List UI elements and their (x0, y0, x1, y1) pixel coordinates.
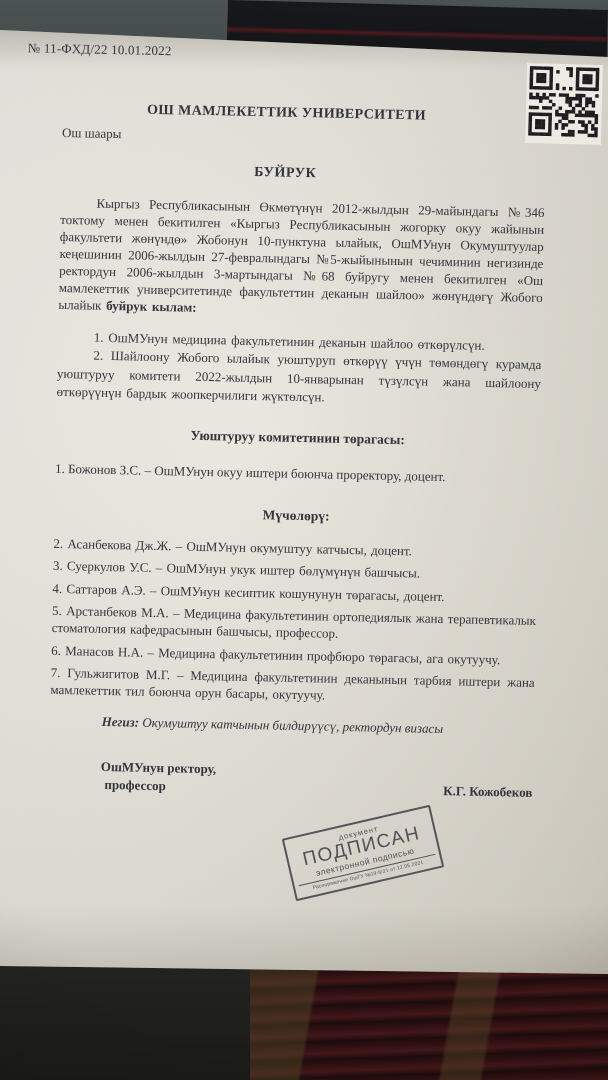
photo-of-document: № 11-ФХД/22 10.01.2022 ОШ МАМЛЕКЕТТИК УН… (0, 0, 608, 1080)
university-title: ОШ МАМЛЕКЕТТИК УНИВЕРСИТЕТИ (26, 99, 546, 128)
preamble-paragraph: Кыргыз Республикасынын Өкмөтүнүн 2012-жы… (58, 195, 544, 323)
member-entry: 5. Арстанбеков М.А. – Медицина факультет… (52, 602, 537, 646)
chairman-heading: Уюштуруу комитетинин төрагасы: (56, 423, 540, 451)
qr-code-icon (525, 63, 603, 145)
document-body: Кыргыз Республикасынын Өкмөтүнүн 2012-жы… (48, 195, 544, 803)
signer-position: ОшМУнун ректору, профессор (100, 758, 216, 796)
order-type-heading: БУЙРУК (25, 159, 545, 188)
member-entry: 7. Гульжигитов М.Г. – Медицина факультет… (50, 664, 535, 708)
signer-position-line2: профессор (100, 776, 216, 796)
striped-floor-bottom-right (250, 960, 608, 1080)
chairman-entry: 1. Божонов З.С. – ОшМУнун окуу иштери бо… (55, 460, 539, 487)
city-line: Ош шаары (62, 125, 546, 152)
electronic-signature-stamp: документ ПОДПИСАН электронной подписью Р… (282, 805, 445, 902)
order-item-2: 2. Шайлоону Жобого ылайык уюштуруп өткөр… (56, 346, 541, 412)
order-items: 1. ОшМУнун медицина факультетинин деканы… (56, 327, 541, 411)
basis-label: Негиз: (102, 714, 140, 730)
members-heading: Мүчөлөрү: (54, 502, 538, 530)
basis-line: Негиз: Окумуштуу катчынын билдирүүсү, ре… (50, 713, 534, 740)
members-list: 2. Асанбекова Дж.Ж. – ОшМУнун окумуштуу … (50, 534, 537, 708)
basis-text: Окумуштуу катчынын билдирүүсү, ректордун… (139, 715, 443, 736)
document-paper: № 11-ФХД/22 10.01.2022 ОШ МАМЛЕКЕТТИК УН… (0, 0, 608, 1080)
signature-block: ОшМУнун ректору, профессор К.Г. Кожобеко… (100, 758, 533, 803)
signer-position-line1: ОшМУнун ректору, (101, 758, 217, 778)
signer-name: К.Г. Кожобеков (443, 783, 533, 803)
order-document: № 11-ФХД/22 10.01.2022 ОШ МАМЛЕКЕТТИК УН… (0, 40, 608, 805)
preamble-text: Кыргыз Республикасынын Өкмөтүнүн 2012-жы… (58, 196, 544, 313)
preamble-bold-text: буйрук кылам: (106, 298, 197, 315)
